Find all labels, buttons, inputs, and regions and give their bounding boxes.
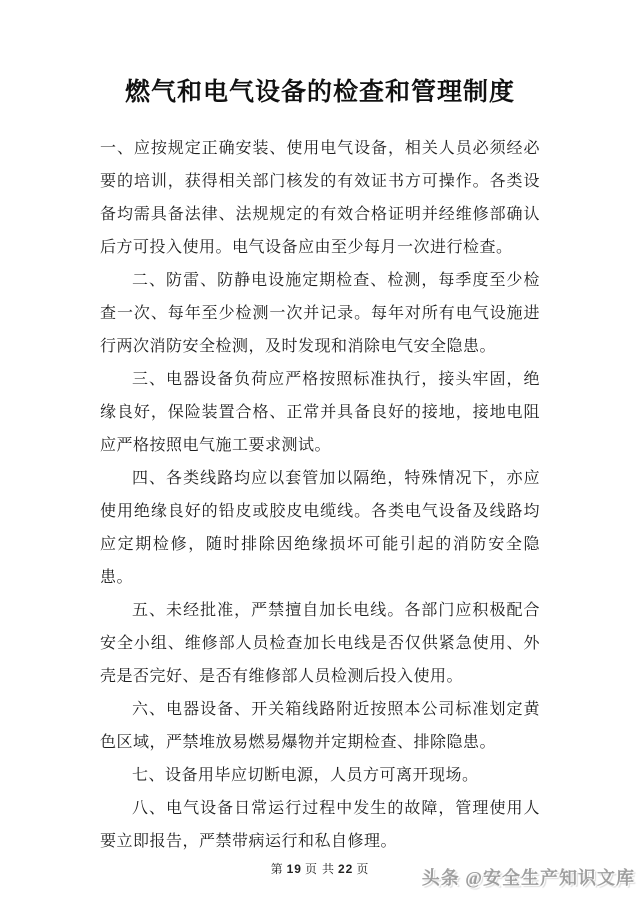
toutiao-watermark: 头条 @安全生产知识文库 [422,864,635,890]
footer-suffix-label: 页 [356,862,369,876]
footer-middle-label: 页 共 [305,862,335,876]
footer-current-page-number: 19 [287,862,302,876]
page-title: 燃气和电气设备的检查和管理制度 [0,0,640,108]
paragraph-5: 五、未经批准，严禁擅自加长电线。各部门应积极配合安全小组、维修部人员检查加长电线… [100,594,540,693]
footer-total-pages-number: 22 [338,862,353,876]
paragraph-4: 四、各类线路均应以套管加以隔绝，特殊情况下，亦应使用绝缘良好的铅皮或胶皮电缆线。… [100,462,540,594]
paragraph-1: 一、应按规定正确安装、使用电气设备，相关人员必须经必要的培训，获得相关部门核发的… [100,132,540,264]
document-page: 燃气和电气设备的检查和管理制度 一、应按规定正确安装、使用电气设备，相关人员必须… [0,0,640,905]
paragraph-8: 八、电气设备日常运行过程中发生的故障，管理使用人要立即报告，严禁带病运行和私自修… [100,792,540,858]
document-body: 一、应按规定正确安装、使用电气设备，相关人员必须经必要的培训，获得相关部门核发的… [100,132,540,858]
paragraph-6: 六、电器设备、开关箱线路附近按照本公司标准划定黄色区域，严禁堆放易燃易爆物并定期… [100,693,540,759]
paragraph-7: 七、设备用毕应切断电源，人员方可离开现场。 [100,759,540,792]
paragraph-2: 二、防雷、防静电设施定期检查、检测，每季度至少检查一次、每年至少检测一次并记录。… [100,264,540,363]
footer-prefix-label: 第 [271,862,284,876]
paragraph-3: 三、电器设备负荷应严格按照标准执行，接头牢固，绝缘良好，保险装置合格、正常并具备… [100,363,540,462]
